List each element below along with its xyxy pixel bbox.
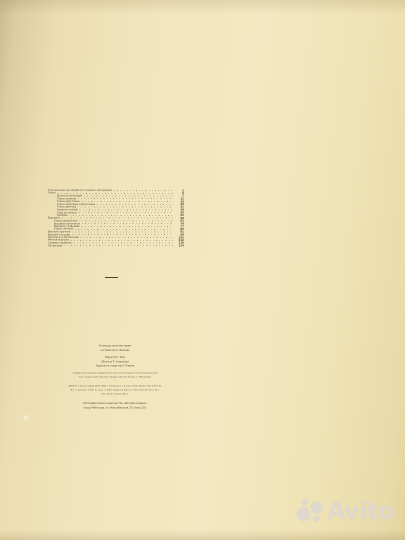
table-of-contents: Технологическая обработка тканей и матер… (48, 189, 184, 247)
avito-watermark: Avito (296, 497, 394, 525)
avito-logo-icon (296, 497, 324, 525)
colophon-block: В помощь юным мастерамСоставитель Н. Ива… (45, 344, 185, 410)
book-photo-scene: Технологическая обработка тканей и матер… (0, 0, 405, 540)
colophon-line: город Чебоксары, ул. Новосибирская, 24. … (45, 406, 185, 410)
book-right-page (0, 0, 405, 540)
toc-entry-title: Об авторах (48, 244, 62, 247)
colophon-line: • (45, 396, 185, 398)
avito-watermark-text: Avito (327, 498, 394, 525)
colophon-line: Составитель Н. Иванова (45, 348, 185, 352)
divider-dash (105, 277, 118, 278)
toc-row: Об авторах124 (48, 244, 184, 247)
toc-page-number: 124 (175, 244, 184, 247)
colophon-line: • (45, 379, 185, 381)
toc-entry-title: Ткани (48, 192, 56, 195)
colophon-line: Художеств. редактор А. Павлов (45, 364, 185, 368)
dot-leader (64, 244, 173, 247)
